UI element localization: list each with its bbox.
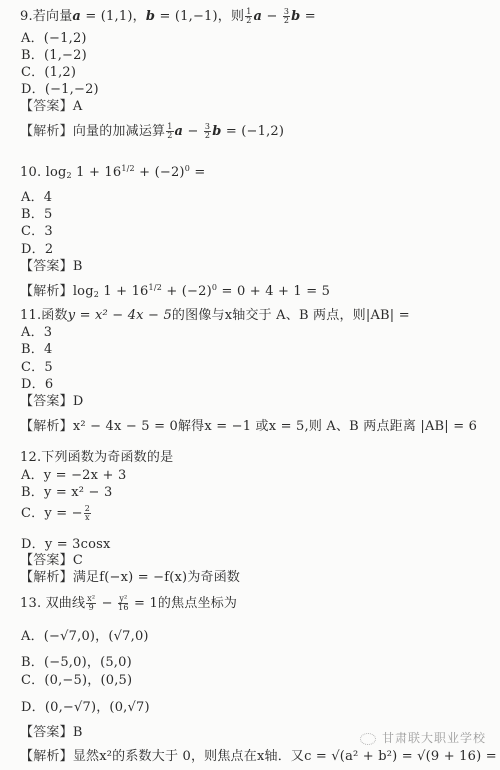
fraction: y²16 (118, 595, 129, 612)
explanation-label: 【解析】 (20, 419, 73, 434)
den: 2 (157, 283, 162, 292)
q12-option-d: D．y = 3cosx (21, 537, 111, 553)
q9-explanation: 【解析】向量的加减运算12a − 32b = (−1,2) (20, 123, 284, 140)
q11-prefix: 11.函数 (20, 308, 68, 323)
answer-label: 【答案】 (20, 553, 73, 568)
q11-option-b: B．4 (21, 342, 52, 358)
fraction: 2x (84, 505, 91, 522)
fraction: 32 (283, 8, 290, 25)
answer-value: A (73, 99, 83, 114)
q11-explanation: 【解析】x² − 4x − 5 = 0解得x = −1 或x = 5,则 A、B… (20, 419, 477, 435)
q9-option-a: A．(−1,2) (21, 31, 87, 47)
fraction: 32 (204, 123, 211, 140)
q11-option-a: A．3 (21, 325, 52, 341)
q12-explanation: 【解析】满足f(−x) = −f(x)为奇函数 (20, 570, 240, 586)
q10-explanation: 【解析】log2 1 + 161/2 + (−2)0 = 0 + 4 + 1 =… (20, 284, 330, 300)
q10-option-c: C．3 (21, 224, 53, 240)
den: x (85, 514, 90, 522)
den: 9 (89, 604, 94, 612)
q13-suffix: = 1的焦点坐标为 (130, 596, 237, 611)
den: 2 (205, 132, 210, 140)
explanation-label: 【解析】 (20, 749, 73, 764)
q10-stem: 10. log2 1 + 161/2 + (−2)0 = (20, 165, 205, 181)
q9-stem: 9.若向量a = (1,1)，b = (1,−1)，则12a − 32b = (20, 8, 316, 25)
num: 1 (149, 283, 154, 292)
num: 1 (121, 164, 126, 173)
q12-option-b: B．y = x² − 3 (21, 485, 112, 501)
q11-suffix: 的图像与x轴交于 A、B 两点，则|AB| = (172, 308, 410, 323)
q11-answer: 【答案】D (20, 394, 83, 410)
q10-answer: 【答案】B (20, 259, 83, 275)
q11-option-d: D．6 (21, 377, 53, 393)
q13-explanation: 【解析】显然x²的系数大于 0，则焦点在x轴．又c = √(a² + b²) =… (20, 749, 500, 765)
q13-prefix: 13. 双曲线 (20, 596, 85, 611)
q9-answer: 【答案】A (20, 99, 82, 115)
answer-value: B (73, 725, 83, 740)
q10-option-a: A．4 (21, 190, 52, 206)
answer-value: D (73, 394, 84, 409)
exponent: 1/2 (149, 283, 163, 292)
den: 2 (167, 132, 172, 140)
explanation-text: 显然x²的系数大于 0，则焦点在x轴．又c = √(a² + b²) = √(9… (73, 749, 500, 764)
q10-option-d: D．2 (21, 242, 53, 258)
q13-option-c: C．(0,−5)，(0,5) (21, 673, 132, 689)
vector-a: a (72, 9, 81, 24)
explanation-text: x² − 4x − 5 = 0解得x = −1 或x = 5,则 A、B 两点距… (73, 419, 477, 434)
q9-tail: = (300, 9, 315, 24)
answer-value: C (73, 553, 83, 568)
fraction: 12 (166, 123, 173, 140)
fraction: 12 (245, 8, 252, 25)
q13-option-b: B．(−5,0)，(5,0) (21, 655, 132, 671)
explanation-label: 【解析】 (20, 124, 73, 139)
den: 2 (246, 17, 251, 25)
den: 16 (118, 604, 129, 612)
q11-option-c: C．5 (21, 360, 53, 376)
q13-option-a: A．(−√7,0)，(√7,0) (21, 629, 149, 645)
explanation-text: 满足f(−x) = −f(x)为奇函数 (73, 570, 240, 585)
q11-stem: 11.函数y = x² − 4x − 5的图像与x轴交于 A、B 两点，则|AB… (20, 308, 410, 324)
q13-option-d: D．(0,−√7)，(0,√7) (21, 700, 150, 716)
den: 2 (284, 17, 289, 25)
q12-option-c: C．y = −2x (21, 505, 92, 522)
q9-option-d: D．(−1,−2) (21, 82, 99, 98)
q9-eq2: = (1,−1)，则 (155, 9, 244, 24)
vector-a: a (175, 124, 184, 139)
explanation-label: 【解析】 (20, 570, 73, 585)
explanation-result: = (−1,2) (222, 124, 285, 139)
q9-eq1: = (1,1)， (81, 9, 146, 24)
exponent: 1/2 (121, 164, 135, 173)
q12-stem: 12.下列函数为奇函数的是 (20, 450, 173, 466)
q9-stem-prefix: 9.若向量 (20, 9, 72, 24)
q12-answer: 【答案】C (20, 553, 83, 569)
answer-label: 【答案】 (20, 725, 73, 740)
answer-value: B (73, 259, 83, 274)
q13-stem: 13. 双曲线x²9 − y²16 = 1的焦点坐标为 (20, 595, 237, 612)
exam-page: 9.若向量a = (1,1)，b = (1,−1)，则12a − 32b = A… (0, 0, 500, 770)
function-expr: y = x² − 4x − 5 (68, 308, 172, 323)
explanation-label: 【解析】 (20, 284, 73, 299)
vector-b: b (146, 9, 155, 24)
log-base: 2 (67, 171, 72, 180)
wechat-icon (360, 733, 376, 745)
answer-label: 【答案】 (20, 394, 73, 409)
q9-option-b: B．(1,−2) (21, 48, 87, 64)
q10-option-b: B．5 (21, 207, 52, 223)
vector-b: b (212, 124, 221, 139)
q10-number: 10. (20, 165, 41, 180)
den: 2 (130, 164, 135, 173)
answer-label: 【答案】 (20, 99, 73, 114)
q9-option-c: C．(1,2) (21, 65, 76, 81)
vector-a: a (253, 9, 262, 24)
fraction: x²9 (86, 595, 96, 612)
explanation-text: 向量的加减运算 (73, 124, 165, 139)
q13-answer: 【答案】B (20, 725, 83, 741)
log-base: 2 (94, 290, 99, 299)
watermark-text: 甘肃联大职业学校 (382, 731, 486, 745)
explanation-result: = 0 + 4 + 1 = 5 (217, 284, 330, 299)
option-text: C．y = − (21, 506, 83, 521)
q12-option-a: A．y = −2x + 3 (21, 468, 126, 484)
watermark: 甘肃联大职业学校 (360, 729, 486, 746)
answer-label: 【答案】 (20, 259, 73, 274)
